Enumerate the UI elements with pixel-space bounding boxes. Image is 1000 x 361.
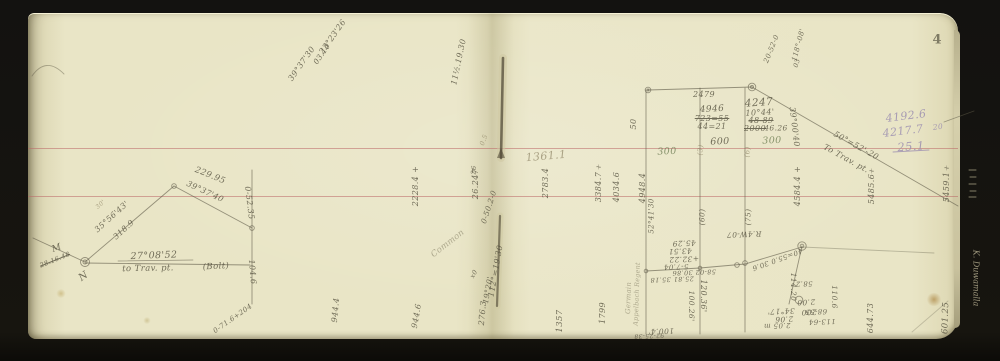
handwritten-note: 92-25-38	[634, 331, 664, 338]
handwritten-note: 25.81 35.18	[650, 275, 694, 283]
handwritten-note: 2.00	[797, 298, 816, 306]
handwritten-note: (75)	[744, 209, 752, 226]
handwritten-note: 2.05 m	[763, 321, 790, 329]
distance-label: 100.26'	[687, 290, 695, 321]
handwritten-note: 2479	[693, 91, 715, 99]
handwritten-note: 46.26	[764, 124, 787, 132]
handwritten-note: 2228.4 +	[412, 166, 420, 206]
handwritten-note: 1799	[599, 302, 607, 324]
distance-label: 120.36'	[699, 280, 707, 313]
distance-label: 600	[710, 137, 730, 147]
distance-label: 300	[657, 147, 677, 157]
handwritten-note: 5459.1	[943, 172, 951, 202]
handwritten-note: 4584.4 +	[794, 166, 802, 206]
handwritten-note: 26.247	[472, 169, 480, 199]
handwritten-note: 110.6	[830, 285, 838, 308]
handwritten-note: 2783.4	[542, 168, 550, 198]
total-sum-note: 20	[932, 123, 943, 132]
handwritten-note: 4034.6	[613, 172, 621, 202]
handwritten-note: 644.73	[867, 303, 875, 333]
handwritten-note: 3384.7	[595, 172, 603, 202]
distance-label: 104.6	[247, 259, 257, 285]
bearing-label: 27°08'52	[130, 250, 177, 261]
handwritten-note: 50	[630, 119, 638, 130]
page-edge-deckle-marks	[969, 170, 976, 197]
handwritten-note: 58.2	[795, 279, 812, 287]
handwritten-note: 2000	[744, 125, 766, 133]
handwritten-note: 113-64	[808, 317, 835, 325]
handwritten-note: to Trav. pt.	[122, 264, 174, 273]
handwritten-note: 52°41'30	[649, 198, 656, 233]
handwritten-note: R.4W-07	[726, 230, 761, 239]
total-sum-note: 25.1	[897, 140, 925, 153]
page-number: 4	[932, 33, 941, 48]
handwritten-note: 4948.4	[639, 173, 647, 203]
handwritten-note: (60)	[698, 209, 706, 226]
handwritten-note: (3)	[697, 144, 705, 156]
scanned-field-notebook: { "page": { "number": "4", "edge_signatu…	[0, 0, 1000, 361]
handwritten-note: 5485.6	[868, 174, 876, 204]
handwritten-note: 44=21	[697, 123, 726, 131]
handwritten-note: 1357	[556, 309, 565, 332]
edge-signature: K. Duwamalla	[972, 250, 981, 307]
handwritten-note: (6)	[744, 146, 752, 158]
survey-sketch-lines	[0, 0, 1000, 361]
handwritten-note: 601.25	[941, 302, 951, 334]
handwritten-note: (Bolt)	[203, 262, 230, 272]
distance-label: 300	[762, 136, 782, 146]
handwritten-note: 68-55	[805, 307, 827, 315]
handwritten-note: 1361.1	[525, 149, 567, 164]
